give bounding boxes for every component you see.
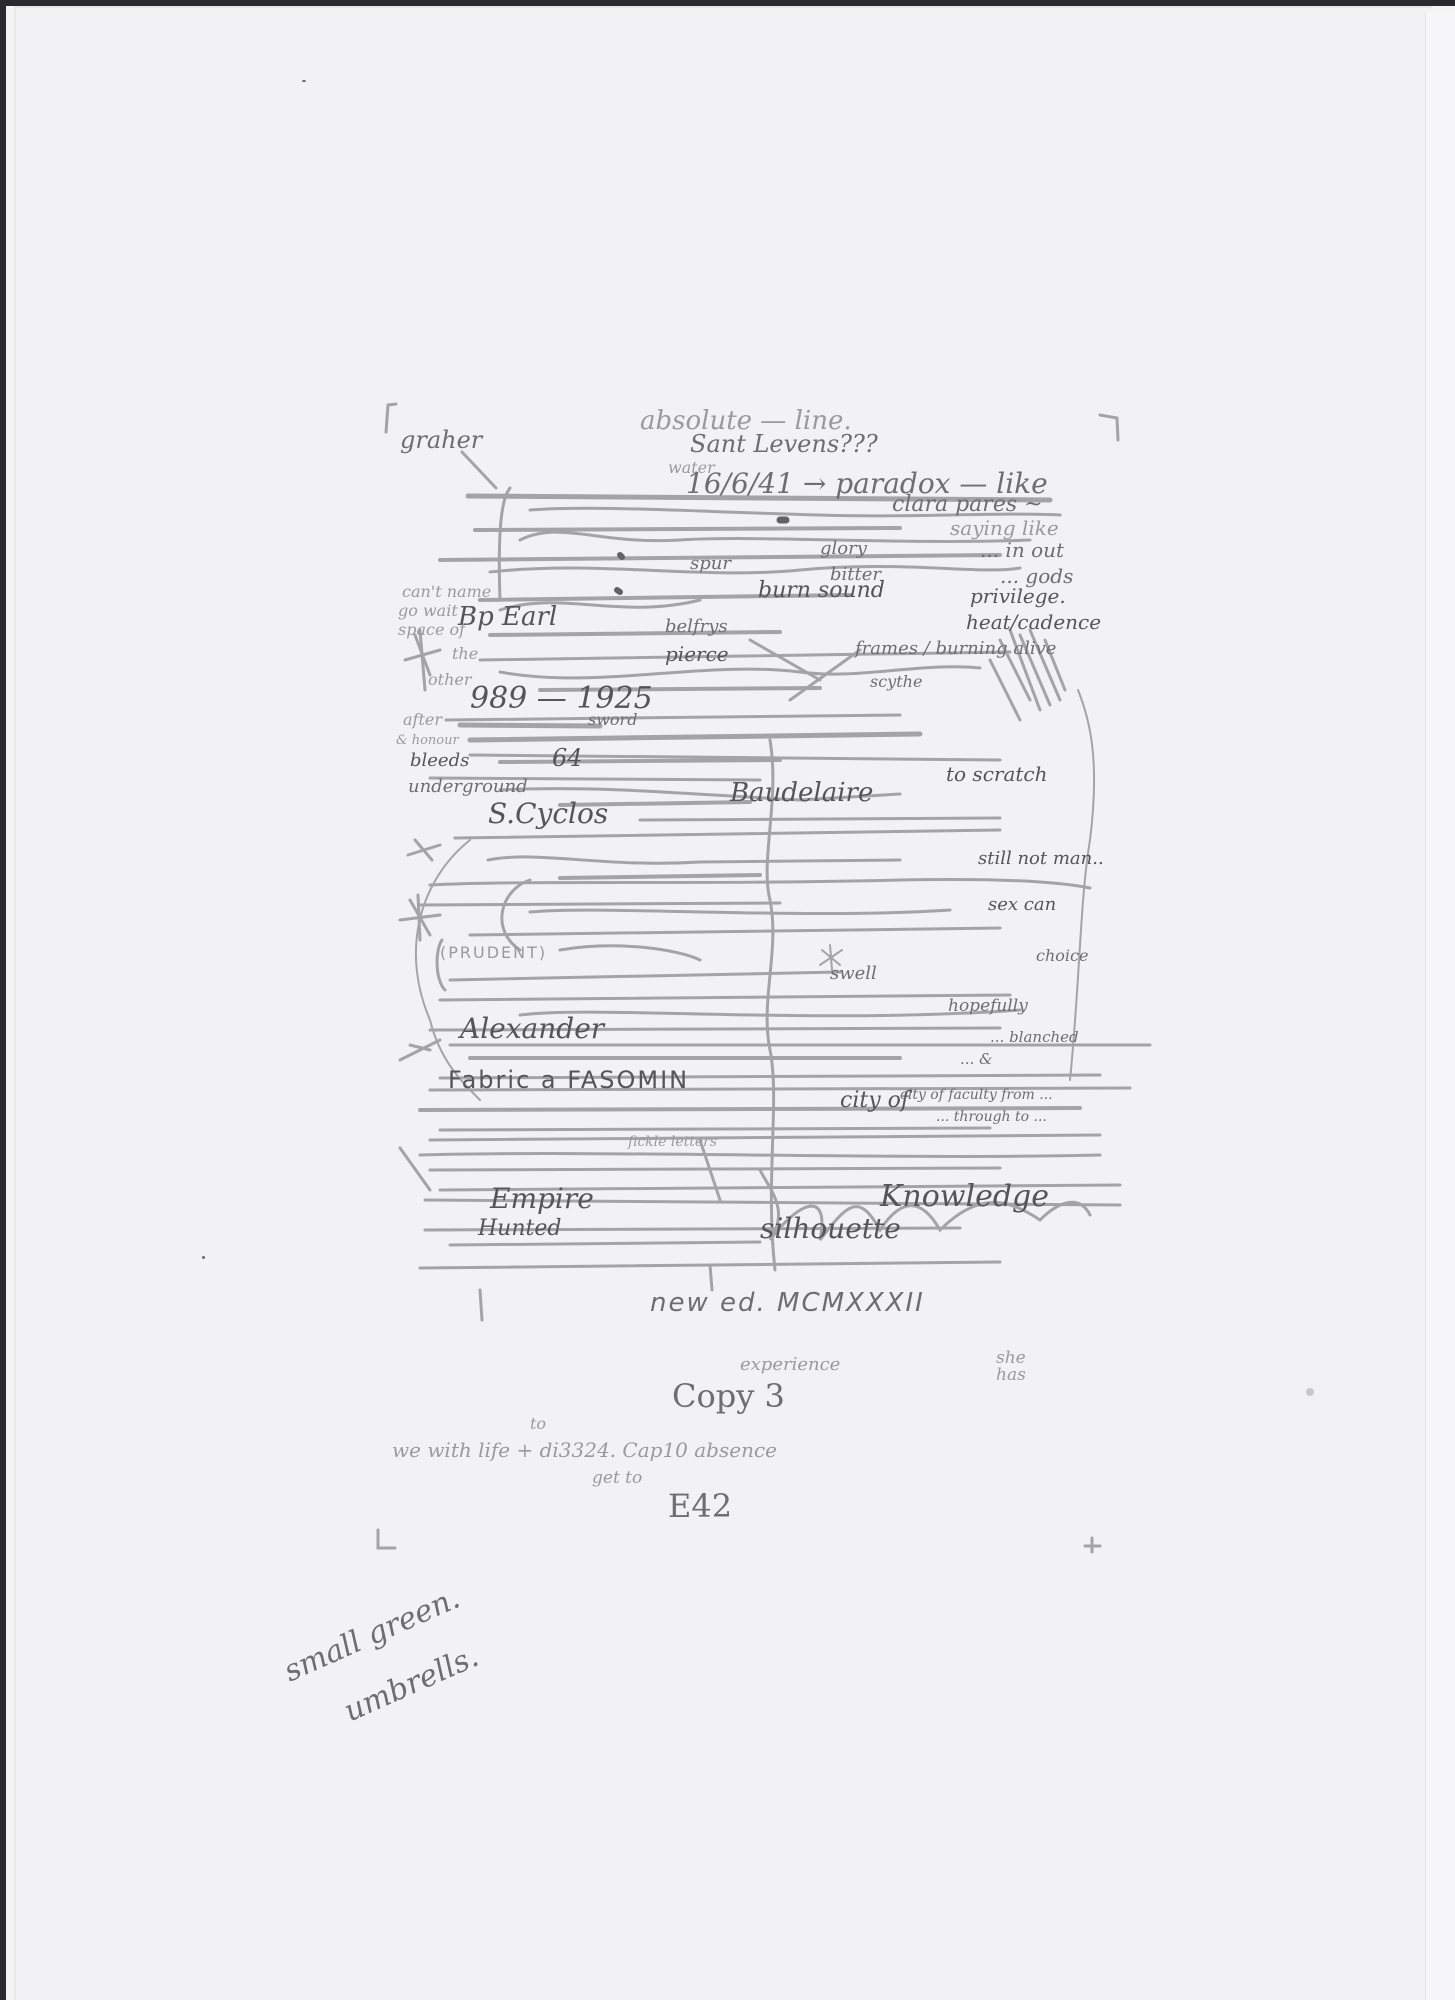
left-note: after — [403, 712, 442, 728]
note-still-not-man: still not man.. — [978, 850, 1104, 868]
note-sex-can: sex can — [988, 896, 1056, 914]
edition-note: new ed. MCMXXXII — [650, 1290, 925, 1316]
note-right-block: ... & — [960, 1052, 992, 1067]
fragment-swell: swell — [830, 965, 877, 983]
note-saying-like: saying like — [950, 518, 1059, 538]
fragment-sword: sword — [588, 712, 637, 728]
note-right-block: ... blanched — [990, 1030, 1079, 1045]
scanned-page: graher absolute — line. Sant Levens??? w… — [0, 0, 1455, 2000]
note-in-out: ... in out — [980, 540, 1064, 560]
note-life-line: we with life + di3324. Cap10 absence — [392, 1440, 777, 1460]
note-privilege: privilege. — [970, 586, 1066, 606]
fragment-prudent: (PRUDENT) — [440, 945, 547, 961]
fragment-spur: spur — [690, 555, 731, 573]
fragment-silhouette: silhouette — [760, 1215, 901, 1243]
note-clara-pares: clara pares ~ — [892, 494, 1043, 516]
fragment-64: 64 — [552, 746, 583, 770]
left-note: other — [428, 672, 471, 688]
left-note: underground — [408, 778, 528, 796]
left-note: go wait — [398, 603, 458, 619]
note-hopefully: hopefully — [948, 998, 1028, 1015]
fragment-glory: glory — [820, 540, 867, 558]
left-note: the — [452, 646, 478, 662]
fragment-pierce: pierce — [665, 644, 729, 664]
fragment-s-cyclos: S.Cyclos — [488, 800, 608, 828]
note-to: to — [530, 1416, 546, 1432]
copy-label: Copy 3 — [672, 1380, 785, 1412]
fragment-knowledge: Knowledge — [880, 1182, 1049, 1212]
note-get-to: get to — [592, 1470, 642, 1487]
note-gods: ... gods — [1000, 566, 1073, 586]
note-heat-cadence: heat/cadence — [966, 612, 1101, 632]
note-to-scratch: to scratch — [946, 764, 1048, 784]
fragment-alexander: Alexander — [460, 1015, 604, 1043]
fragment-fickle-letters: fickle letters — [628, 1135, 717, 1149]
fragment-fabric: Fabric a FASOMIN — [448, 1068, 689, 1092]
left-note: & honour — [396, 734, 459, 747]
note-choice: choice — [1036, 948, 1088, 964]
fragment-baudelaire: Baudelaire — [730, 780, 873, 806]
paper-speck — [1306, 1388, 1314, 1396]
left-note: space of — [398, 622, 465, 638]
left-note: can't name — [402, 584, 491, 600]
fragment-scythe: scythe — [870, 674, 922, 690]
paper-speck — [202, 1256, 205, 1259]
margin-note-graher: graher — [400, 428, 482, 452]
pencil-strokes — [0, 0, 1455, 2000]
fragment-burn-sound: burn sound — [758, 580, 885, 602]
note-sant-levens: Sant Levens??? — [690, 432, 878, 456]
note-experience: experience — [740, 1356, 840, 1374]
note-she-has: she has — [996, 1350, 1056, 1384]
fragment-empire: Empire — [490, 1185, 594, 1213]
left-note: bleeds — [410, 752, 469, 770]
code-label: E42 — [668, 1490, 732, 1522]
note-right-block: ... through to ... — [936, 1110, 1047, 1124]
note-right-block: city of faculty from ... — [900, 1088, 1053, 1102]
fragment-frames: frames / burning alive — [855, 640, 1056, 658]
fragment-hunted: Hunted — [478, 1218, 561, 1240]
fragment-belfrys: belfrys — [665, 618, 728, 636]
fragment-bp-earl: Bp Earl — [458, 604, 557, 630]
paper-speck — [302, 80, 306, 82]
fragment-city: city of — [840, 1090, 909, 1112]
